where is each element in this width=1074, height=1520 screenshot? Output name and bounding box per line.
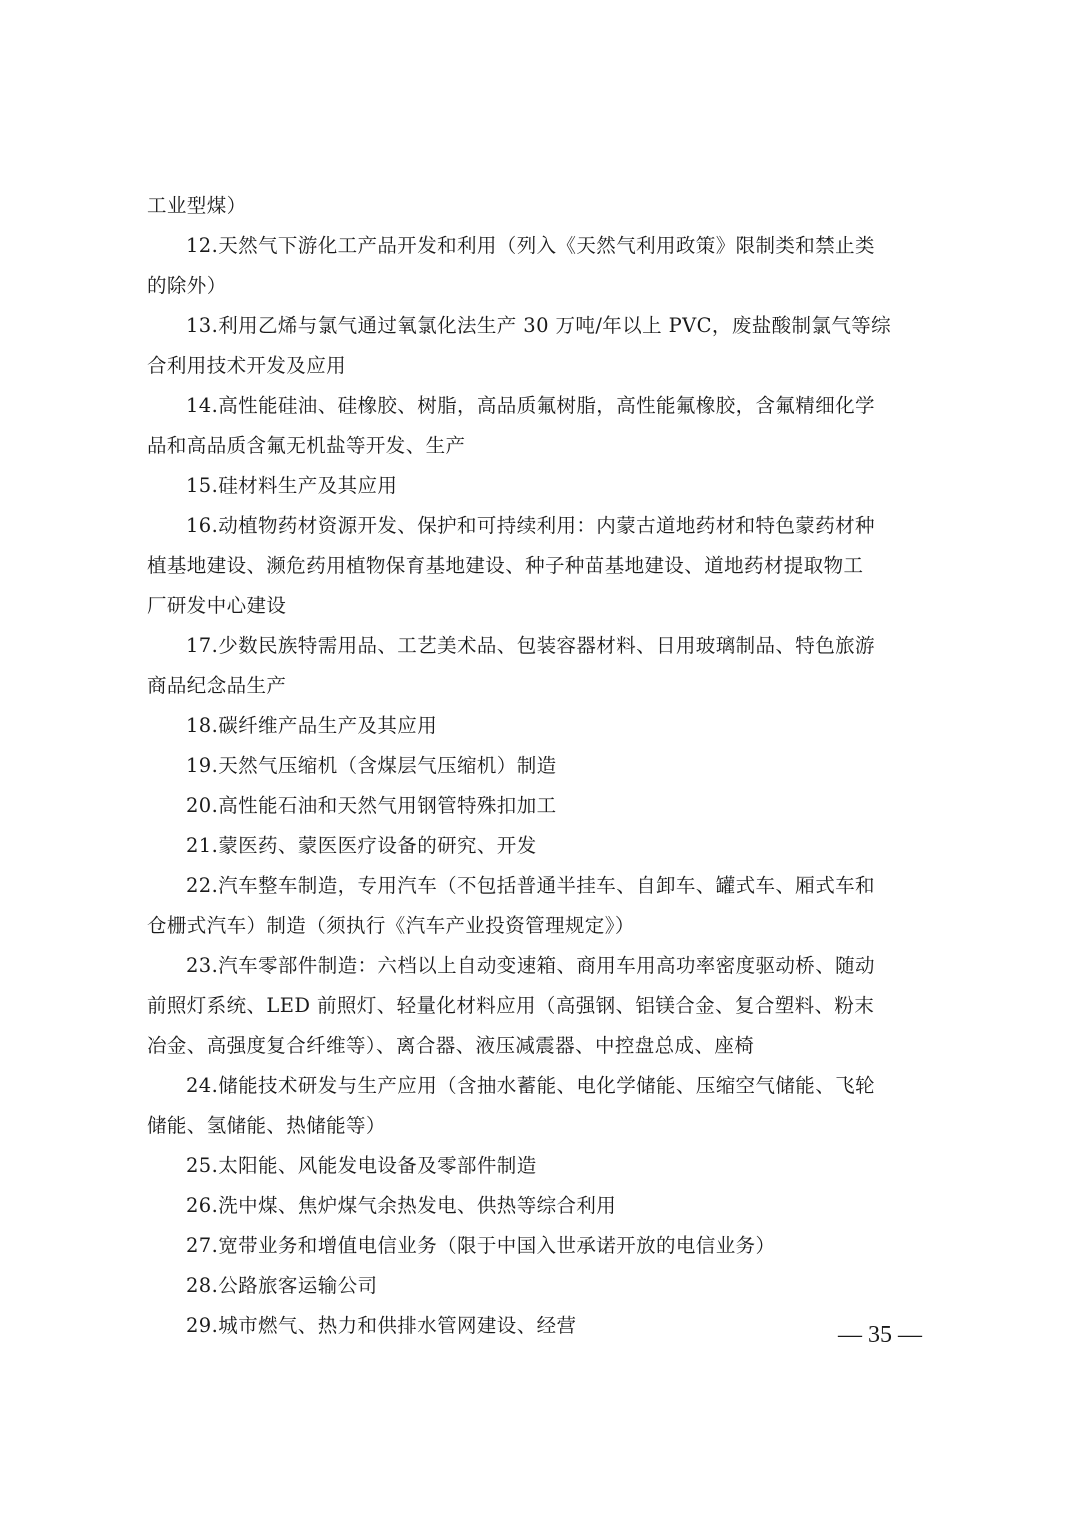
list-item-24: 24.储能技术研发与生产应用（含抽水蓄能、电化学储能、压缩空气储能、飞轮 (147, 1066, 929, 1106)
list-item-25: 25.太阳能、风能发电设备及零部件制造 (147, 1146, 929, 1186)
list-item-28: 28.公路旅客运输公司 (147, 1266, 929, 1306)
list-item-17: 17.少数民族特需用品、工艺美术品、包装容器材料、日用玻璃制品、特色旅游 (147, 626, 929, 666)
list-item-22: 22.汽车整车制造，专用汽车（不包括普通半挂车、自卸车、罐式车、厢式车和 (147, 866, 929, 906)
text-line: 品和高品质含氟无机盐等开发、生产 (147, 426, 929, 466)
text-line: 植基地建设、濒危药用植物保育基地建设、种子种苗基地建设、道地药材提取物工 (147, 546, 929, 586)
list-item-20: 20.高性能石油和天然气用钢管特殊扣加工 (147, 786, 929, 826)
text-line: 储能、氢储能、热储能等） (147, 1106, 929, 1146)
list-item-27: 27.宽带业务和增值电信业务（限于中国入世承诺开放的电信业务） (147, 1226, 929, 1266)
list-item-29: 29.城市燃气、热力和供排水管网建设、经营 (147, 1306, 929, 1346)
list-item-13: 13.利用乙烯与氯气通过氧氯化法生产 30 万吨/年以上 PVC，废盐酸制氯气等… (147, 306, 929, 346)
document-page: 工业型煤） 12.天然气下游化工产品开发和利用（列入《天然气利用政策》限制类和禁… (0, 0, 1074, 1520)
list-item-16: 16.动植物药材资源开发、保护和可持续利用：内蒙古道地药材和特色蒙药材种 (147, 506, 929, 546)
list-item-23: 23.汽车零部件制造：六档以上自动变速箱、商用车用高功率密度驱动桥、随动 (147, 946, 929, 986)
list-item-26: 26.洗中煤、焦炉煤气余热发电、供热等综合利用 (147, 1186, 929, 1226)
text-line: 的除外） (147, 266, 929, 306)
list-item-18: 18.碳纤维产品生产及其应用 (147, 706, 929, 746)
text-line: 冶金、高强度复合纤维等）、离合器、液压减震器、中控盘总成、座椅 (147, 1026, 929, 1066)
text-line: 工业型煤） (147, 186, 929, 226)
list-item-15: 15.硅材料生产及其应用 (147, 466, 929, 506)
text-line: 厂研发中心建设 (147, 586, 929, 626)
text-line: 合利用技术开发及应用 (147, 346, 929, 386)
page-number: — 35 — (838, 1322, 922, 1349)
text-line: 商品纪念品生产 (147, 666, 929, 706)
list-item-12: 12.天然气下游化工产品开发和利用（列入《天然气利用政策》限制类和禁止类 (147, 226, 929, 266)
list-item-14: 14.高性能硅油、硅橡胶、树脂，高品质氟树脂，高性能氟橡胶，含氟精细化学 (147, 386, 929, 426)
list-item-21: 21.蒙医药、蒙医医疗设备的研究、开发 (147, 826, 929, 866)
text-line: 前照灯系统、LED 前照灯、轻量化材料应用（高强钢、铝镁合金、复合塑料、粉末 (147, 986, 929, 1026)
text-line: 仓栅式汽车）制造（须执行《汽车产业投资管理规定》） (147, 906, 929, 946)
document-body: 工业型煤） 12.天然气下游化工产品开发和利用（列入《天然气利用政策》限制类和禁… (147, 186, 929, 1346)
list-item-19: 19.天然气压缩机（含煤层气压缩机）制造 (147, 746, 929, 786)
